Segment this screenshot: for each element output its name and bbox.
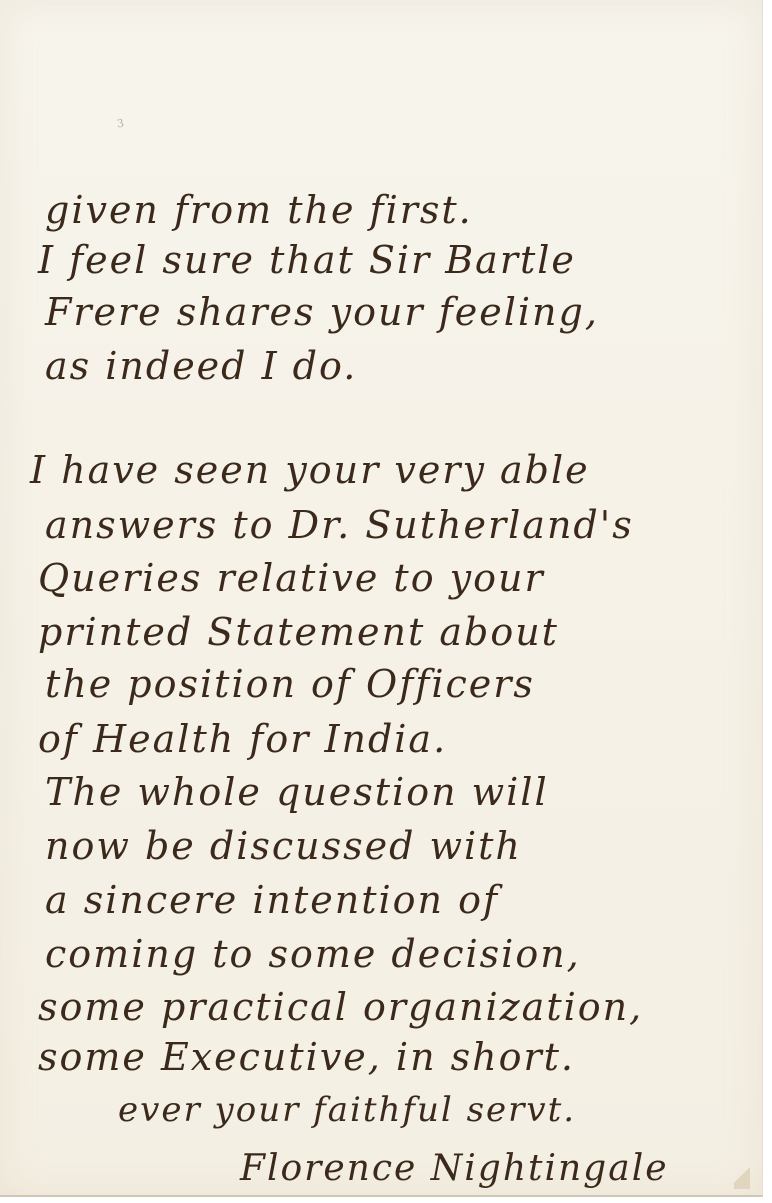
letter-line: I have seen your very able <box>30 448 590 492</box>
letter-line: some Executive, in short. <box>38 1035 575 1079</box>
letter-line: a sincere intention of <box>45 878 499 922</box>
letter-closing: ever your faithful servt. <box>118 1090 576 1130</box>
letter-line: some practical organization, <box>38 985 643 1029</box>
letter-line: Queries relative to your <box>38 556 545 600</box>
letter-line: of Health for India. <box>38 717 447 761</box>
letter-page: 3 given from the first. I feel sure that… <box>0 0 763 1197</box>
letter-line: printed Statement about <box>38 610 559 654</box>
letter-signature: Florence Nightingale <box>240 1148 669 1189</box>
paper-corner-fold <box>734 1161 750 1189</box>
letter-line: given from the first. <box>45 188 473 232</box>
pencil-page-number: 3 <box>116 117 125 131</box>
letter-line: as indeed I do. <box>45 344 357 388</box>
letter-line: answers to Dr. Sutherland's <box>45 503 634 547</box>
letter-line: coming to some decision, <box>45 932 581 976</box>
letter-line: I feel sure that Sir Bartle <box>38 238 576 282</box>
letter-line: Frere shares your feeling, <box>45 290 599 334</box>
letter-line: the position of Officers <box>45 662 535 706</box>
letter-line: now be discussed with <box>45 824 522 868</box>
letter-line: The whole question will <box>45 770 549 814</box>
